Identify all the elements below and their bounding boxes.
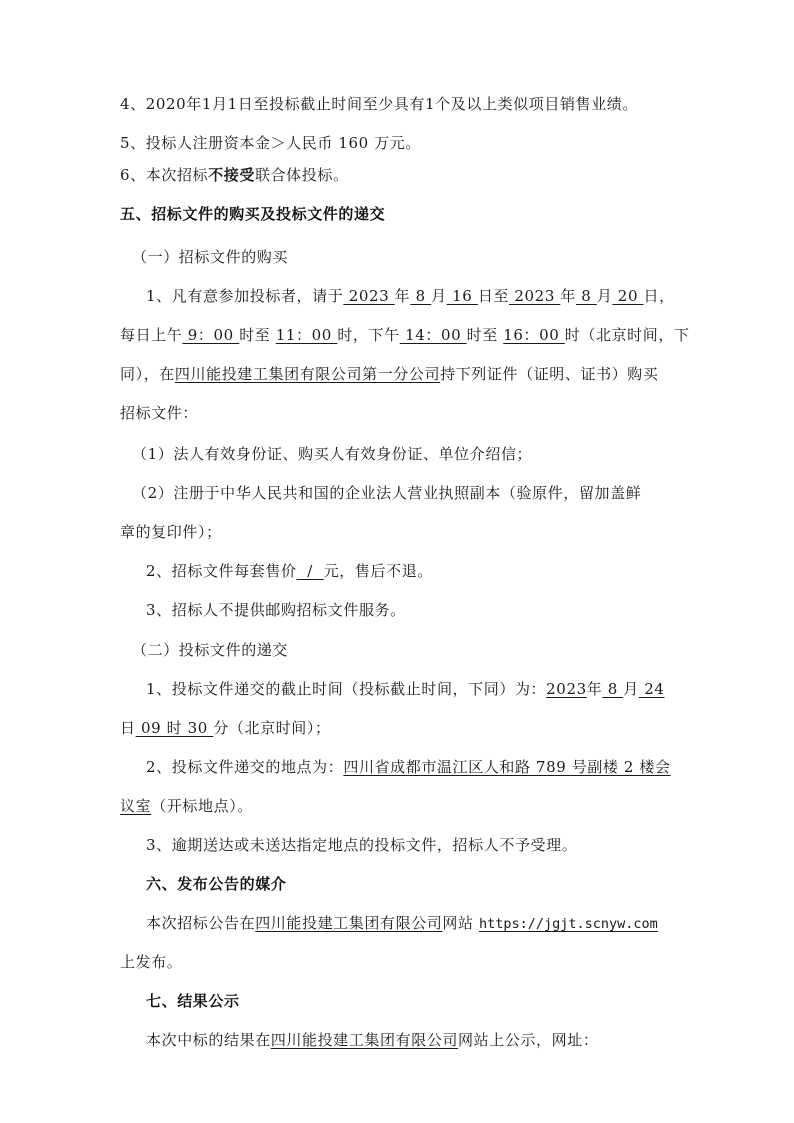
item-number: 4、 <box>120 95 146 113</box>
text: 月 <box>623 680 639 698</box>
publish-media-line-2: 上发布。 <box>120 952 672 972</box>
document-price-line: 2、招标文件每套售价 / 元，售后不退。 <box>146 561 672 581</box>
no-mail-order-line: 3、招标人不提供邮购招标文件服务。 <box>146 600 672 620</box>
text: 时至 <box>467 326 504 344</box>
text: 时，下午 <box>337 326 399 344</box>
item-number: 5、 <box>120 134 146 152</box>
purchase-line-4: 招标文件： <box>120 403 672 423</box>
text: 本次中标的结果在 <box>146 1031 271 1049</box>
purchase-location-line: 同），在四川能投建工集团有限公司第一分公司持下列证件（证明、证书）购买 <box>120 364 672 384</box>
pm-end-time: 16：00 <box>503 326 565 344</box>
deadline-day: 24 <box>639 680 665 698</box>
text: 网站上公示，网址： <box>458 1031 598 1049</box>
text: 每日上午 <box>120 326 182 344</box>
purchase-location: 四川能投建工集团有限公司第一分公司 <box>175 365 440 383</box>
text: 2、招标文件每套售价 <box>146 562 297 580</box>
text: 日 <box>120 719 136 737</box>
text: 2、投标文件递交的地点为： <box>146 758 343 776</box>
end-month: 8 <box>576 287 597 305</box>
submission-address-line-2: 议室（开标地点）。 <box>120 796 672 816</box>
text: （开标地点）。 <box>151 797 253 815</box>
website-link[interactable]: https://jgjt.scnyw.com <box>479 916 658 932</box>
text: 本次招标公告在 <box>146 914 255 932</box>
result-publication-line: 本次中标的结果在四川能投建工集团有限公司网站上公示，网址： <box>146 1030 672 1050</box>
text: 同），在 <box>120 365 175 383</box>
required-doc-2-cont: 章的复印件）； <box>120 522 672 542</box>
am-end-time: 11：00 <box>276 326 338 344</box>
am-start-time: 9：00 <box>182 326 239 344</box>
submission-address-cont: 议室 <box>120 797 151 815</box>
deadline-year: 2023 <box>546 680 587 698</box>
submission-address-line-1: 2、投标文件递交的地点为：四川省成都市温江区人和路 789 号副楼 2 楼会 <box>146 757 672 777</box>
text: 时（北京时间，下 <box>565 326 690 344</box>
end-day: 20 <box>612 287 643 305</box>
qualification-item-6: 6、本次招标不接受联合体投标。 <box>120 165 672 185</box>
text: 月 <box>431 287 447 305</box>
text: 网站 <box>442 914 479 932</box>
submission-address: 四川省成都市温江区人和路 789 号副楼 2 楼会 <box>343 758 670 776</box>
text: 持下列证件（证明、证书）购买 <box>440 365 658 383</box>
submission-deadline-line-1: 1、投标文件递交的截止时间（投标截止时间，下同）为：2023年 8 月 24 <box>146 679 672 699</box>
text: 年 <box>587 680 603 698</box>
subsection-2-heading: （二）投标文件的递交 <box>132 640 684 660</box>
item-text: 2020年1月1日至投标截止时间至少具有1个及以上类似项目销售业绩。 <box>146 95 638 113</box>
pm-start-time: 14：00 <box>400 326 467 344</box>
publish-media-line-1: 本次招标公告在四川能投建工集团有限公司网站 https://jgjt.scnyw… <box>146 913 672 934</box>
purchase-period-line-2: 每日上午 9：00 时至 11：00 时，下午 14：00 时至 16：00 时… <box>120 325 672 345</box>
start-month: 8 <box>410 287 431 305</box>
purchase-period-line-1: 1、凡有意参加投标者，请于 2023 年 8 月 16 日至 2023 年 8 … <box>146 286 672 306</box>
item-text: 本次招标 <box>146 166 208 184</box>
text: 1、凡有意参加投标者，请于 <box>146 287 343 305</box>
text: 分（北京时间）； <box>213 719 330 737</box>
deadline-time: 09 时 30 <box>136 719 214 737</box>
item-text: 联合体投标。 <box>255 166 349 184</box>
section-7-heading: 七、结果公示 <box>146 991 672 1011</box>
text: 日至 <box>478 287 509 305</box>
company-name: 四川能投建工集团有限公司 <box>255 914 442 932</box>
start-year: 2023 <box>343 287 394 305</box>
item-number: 6、 <box>120 166 146 184</box>
subsection-1-heading: （一）招标文件的购买 <box>132 247 684 267</box>
text: 时至 <box>239 326 276 344</box>
qualification-item-5: 5、投标人注册资本金＞人民币 160 万元。 <box>120 133 672 153</box>
company-name: 四川能投建工集团有限公司 <box>271 1031 458 1049</box>
required-doc-1: （1）法人有效身份证、购买人有效身份证、单位介绍信； <box>132 444 684 464</box>
deadline-month: 8 <box>602 680 623 698</box>
text: 1、投标文件递交的截止时间（投标截止时间，下同）为： <box>146 680 546 698</box>
end-year: 2023 <box>509 287 560 305</box>
section-5-heading: 五、招标文件的购买及投标文件的递交 <box>120 204 672 224</box>
item-text: 投标人注册资本金＞人民币 160 万元。 <box>146 134 421 152</box>
section-6-heading: 六、发布公告的媒介 <box>146 874 672 894</box>
bold-emphasis: 不接受 <box>208 166 255 184</box>
text: 日， <box>643 287 674 305</box>
submission-deadline-line-2: 日 09 时 30 分（北京时间）； <box>120 718 672 738</box>
start-day: 16 <box>447 287 478 305</box>
text: 年 <box>560 287 576 305</box>
text: 月 <box>597 287 613 305</box>
late-submission-line: 3、逾期送达或未送达指定地点的投标文件，招标人不予受理。 <box>146 835 672 855</box>
text: 年 <box>395 287 411 305</box>
qualification-item-4: 4、2020年1月1日至投标截止时间至少具有1个及以上类似项目销售业绩。 <box>120 94 672 114</box>
text: 元，售后不退。 <box>324 562 433 580</box>
document-price: / <box>297 562 324 580</box>
required-doc-2: （2）注册于中华人民共和国的企业法人营业执照副本（验原件，留加盖鲜 <box>132 483 684 503</box>
